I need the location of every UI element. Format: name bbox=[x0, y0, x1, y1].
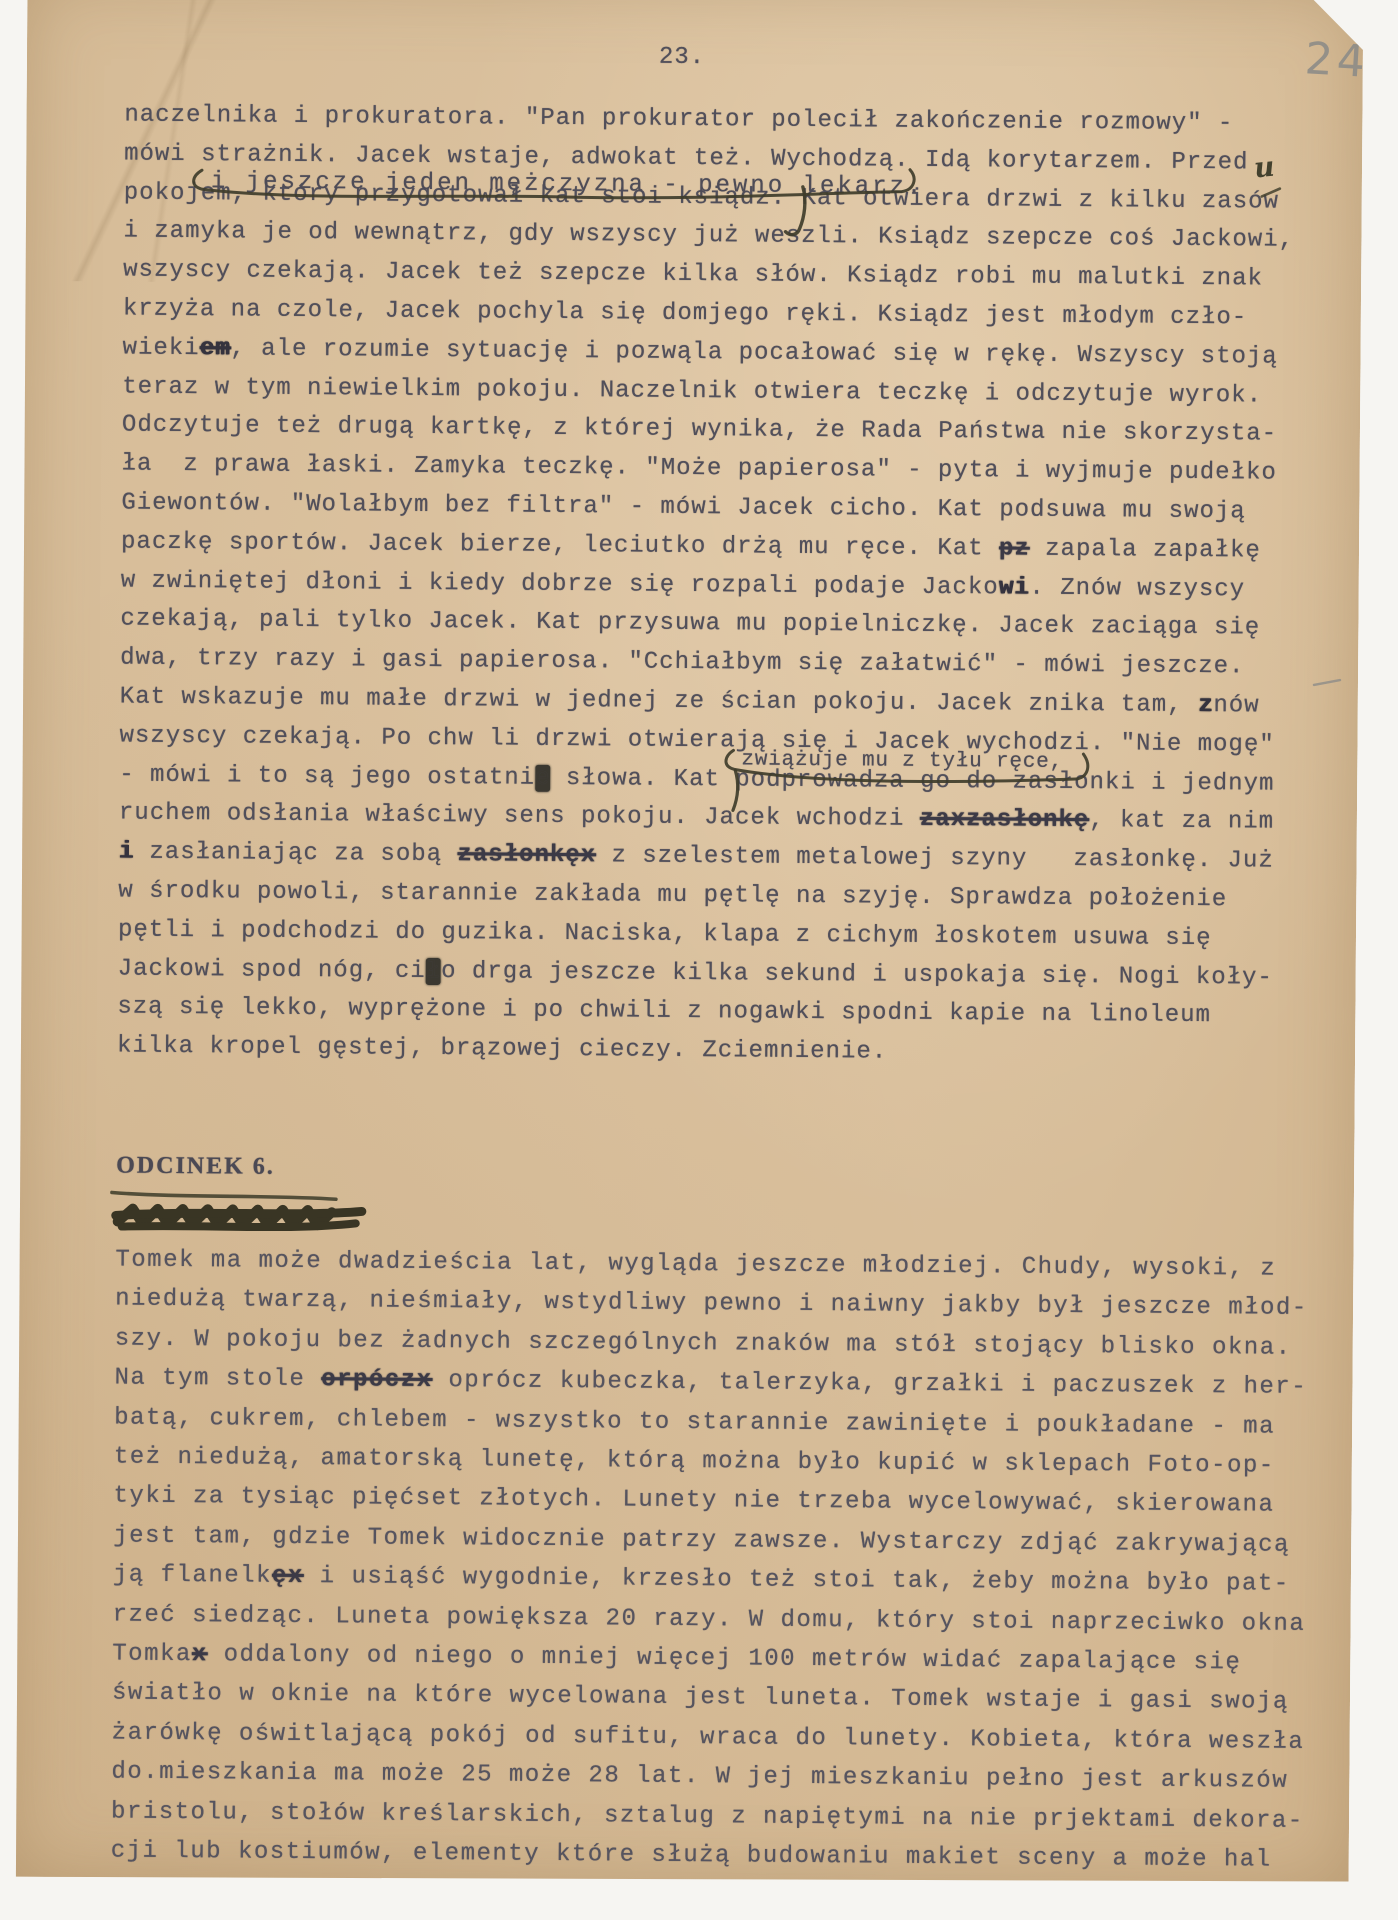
document-page: 23. 24 naczelnika i prokuratora. "Pan pr… bbox=[13, 0, 1364, 1887]
overtyped-text: z bbox=[1198, 692, 1214, 719]
paragraph-execution-scene: naczelnika i prokuratora. "Pan prokurato… bbox=[117, 97, 1295, 1076]
struck-text: orpóczx bbox=[321, 1366, 433, 1394]
ink-blot: ł bbox=[426, 957, 442, 984]
handwritten-correction-letter: u bbox=[1252, 150, 1275, 185]
interline-insertion-hands: zwiążuje mu z tyłu ręce, bbox=[741, 748, 1063, 774]
struck-text: x bbox=[192, 1641, 208, 1668]
struck-text: zaxzasłonkę bbox=[920, 806, 1090, 834]
overtyped-text: i bbox=[119, 839, 135, 866]
heading-underline bbox=[112, 1192, 336, 1199]
paragraph-tomek-scene: Tomek ma może dwadzieścia lat, wygląda j… bbox=[111, 1241, 1309, 1881]
typed-page-number: 23. bbox=[659, 44, 705, 71]
ink-blot: e bbox=[535, 764, 551, 791]
struck-text: ęx bbox=[272, 1563, 304, 1590]
struck-text: pz bbox=[999, 535, 1030, 562]
interline-insertion-doctor: i jeszcze jeden mężczyzna - pewno lekarz… bbox=[211, 168, 925, 201]
overtyped-text: wi bbox=[999, 574, 1030, 601]
pencil-page-number: 24 bbox=[1303, 33, 1370, 88]
overtyped-text: em bbox=[199, 335, 230, 362]
typed-line: cji lub kostiumów, elementy które służą … bbox=[111, 1832, 1304, 1881]
pencil-dash bbox=[1314, 680, 1340, 685]
struck-text: zasłonkęx bbox=[457, 841, 596, 869]
section-heading: ODCINEK 6. bbox=[116, 1153, 275, 1181]
scribble-blackout bbox=[116, 1209, 362, 1229]
